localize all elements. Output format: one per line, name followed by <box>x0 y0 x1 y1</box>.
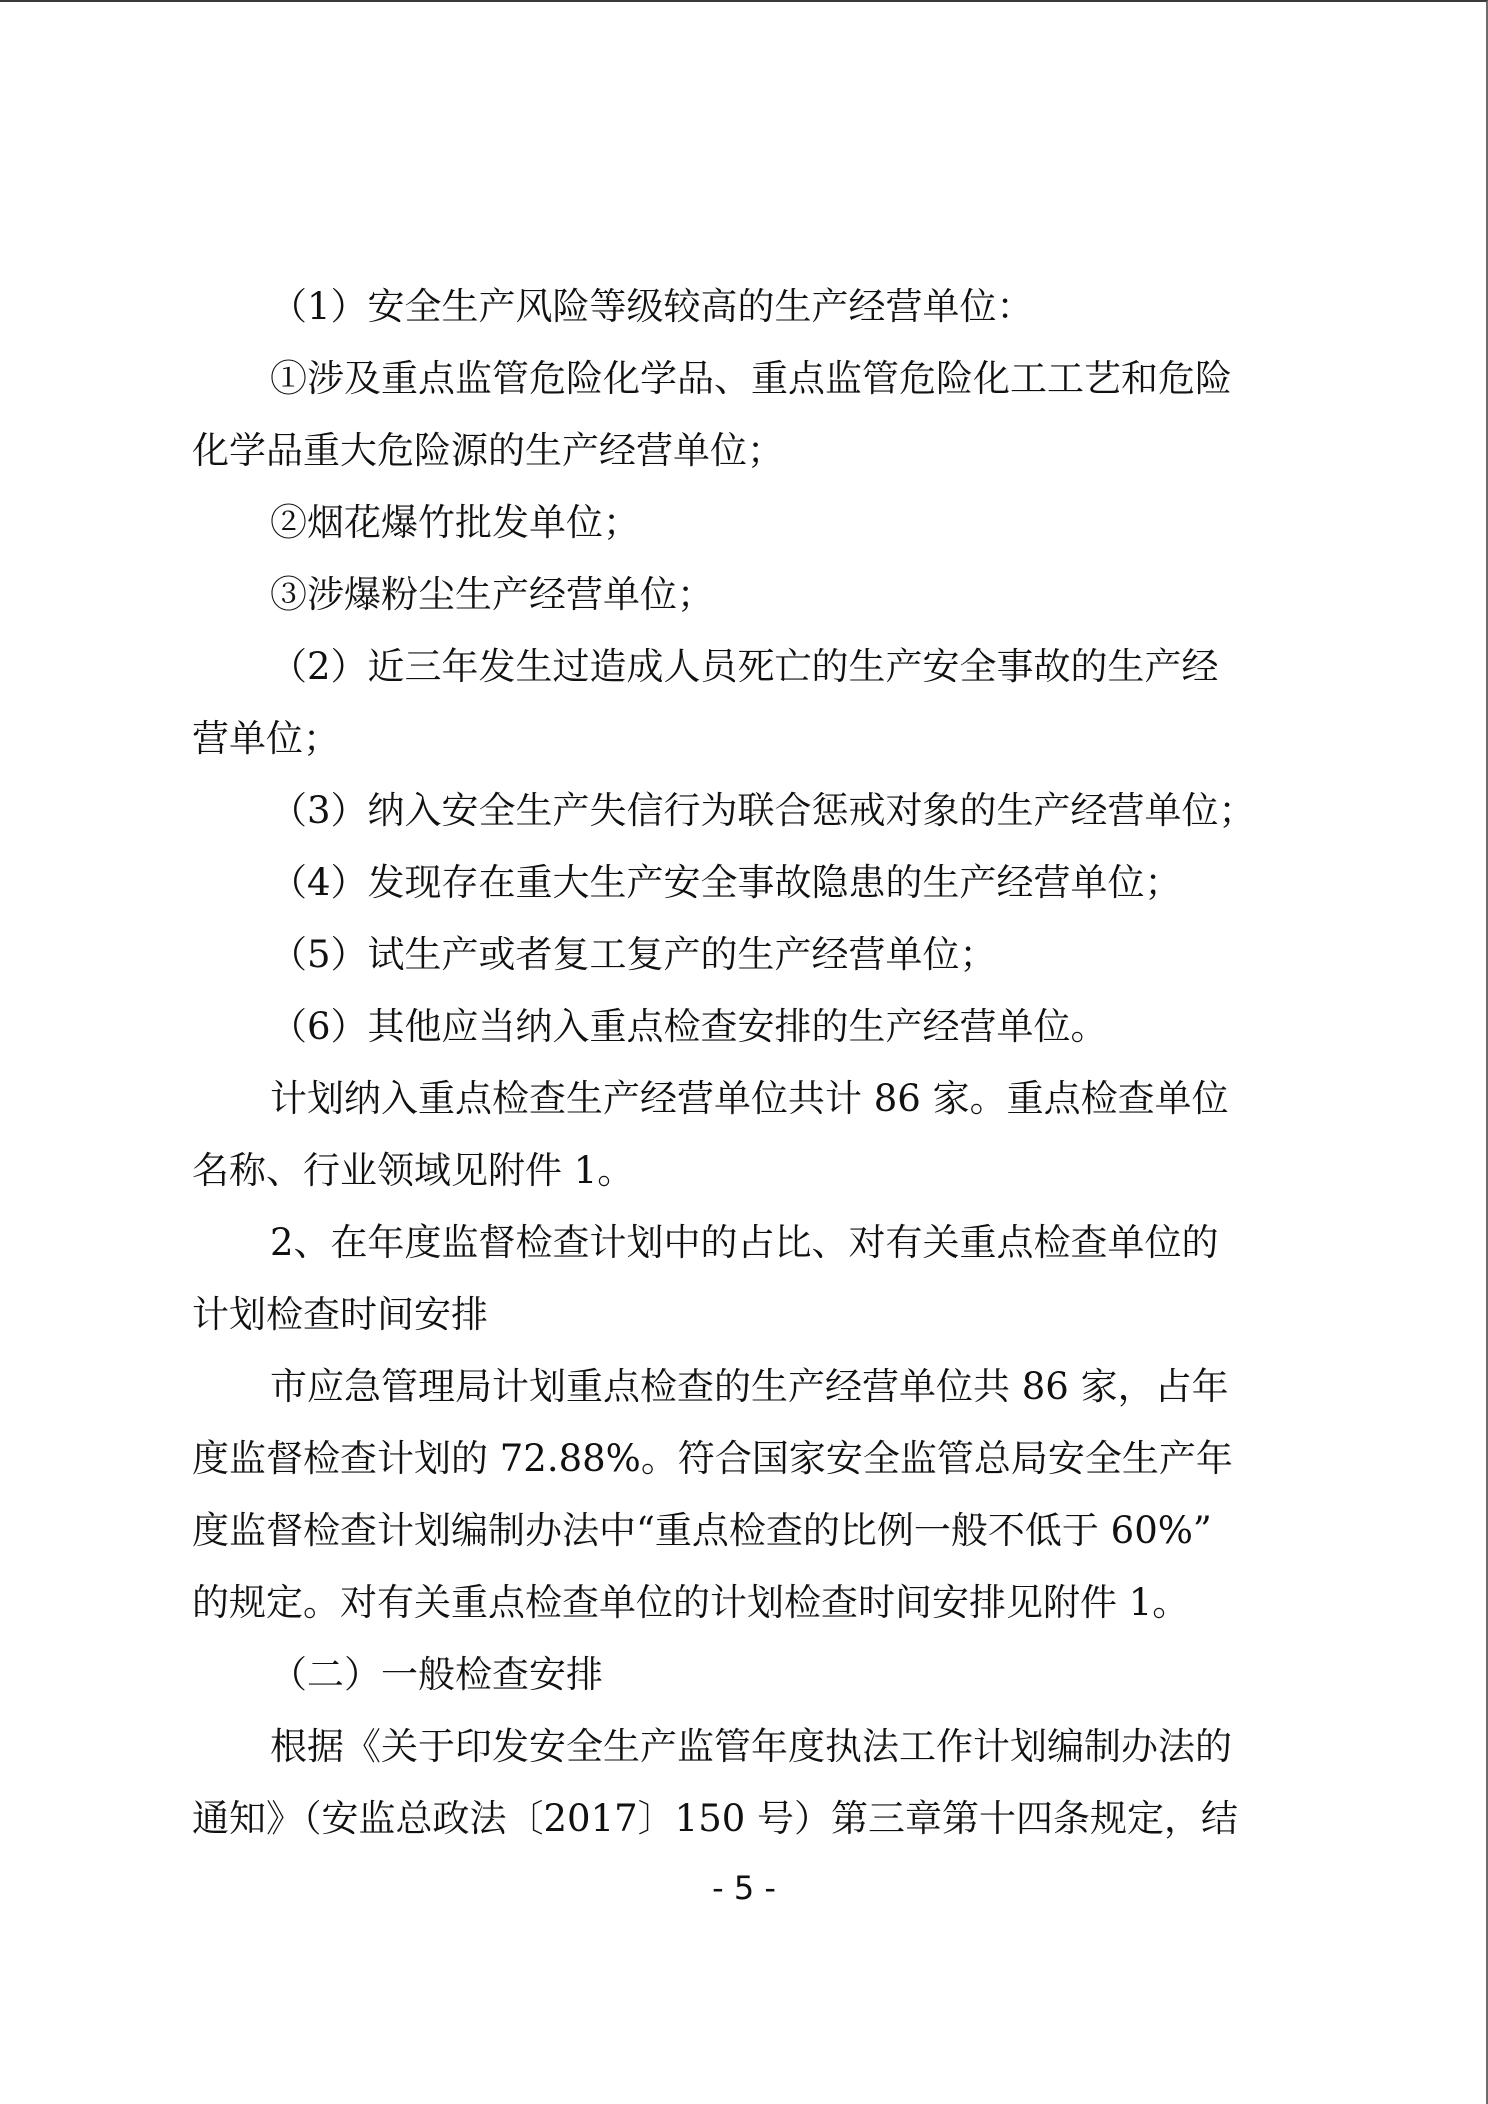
list-item-2-fatal-accidents: （2）近三年发生过造成人员死亡的生产安全事故的生产经 <box>270 643 1332 691</box>
paragraph-total-units-cont: 名称、行业领域见附件 1。 <box>192 1147 1332 1195</box>
paragraph-ratio-cont-3: 的规定。对有关重点检查单位的计划检查时间安排见附件 1。 <box>192 1579 1332 1627</box>
list-item-2-cont: 营单位； <box>192 715 1332 763</box>
paragraph-ratio: 市应急管理局计划重点检查的生产经营单位共 86 家，占年 <box>270 1363 1332 1411</box>
list-item-6-others: （6）其他应当纳入重点检查安排的生产经营单位。 <box>270 1003 1332 1051</box>
section-heading-2-ratio-cont: 计划检查时间安排 <box>192 1291 1332 1339</box>
paragraph-ratio-cont-1: 度监督检查计划的 72.88%。符合国家安全监管总局安全生产年 <box>192 1435 1332 1483</box>
list-item-3-dishonesty: （3）纳入安全生产失信行为联合惩戒对象的生产经营单位； <box>270 787 1332 835</box>
list-item-1-high-risk-units: （1）安全生产风险等级较高的生产经营单位： <box>270 283 1332 331</box>
sub-item-hazardous-chemicals: ①涉及重点监管危险化学品、重点监管危险化工工艺和危险 <box>270 355 1332 403</box>
section-heading-2-ratio: 2、在年度监督检查计划中的占比、对有关重点检查单位的 <box>270 1219 1332 1267</box>
document-page: （1）安全生产风险等级较高的生产经营单位： ①涉及重点监管危险化学品、重点监管危… <box>0 0 1488 2104</box>
paragraph-basis: 根据《关于印发安全生产监管年度执法工作计划编制办法的 <box>270 1723 1332 1771</box>
paragraph-total-units: 计划纳入重点检查生产经营单位共计 86 家。重点检查单位 <box>270 1075 1332 1123</box>
list-item-5-trial-production: （5）试生产或者复工复产的生产经营单位； <box>270 931 1332 979</box>
sub-item-hazardous-chemicals-cont: 化学品重大危险源的生产经营单位； <box>192 427 1332 475</box>
sub-item-fireworks-wholesale: ②烟花爆竹批发单位； <box>270 499 1332 547</box>
paragraph-ratio-cont-2: 度监督检查计划编制办法中“重点检查的比例一般不低于 60%” <box>192 1507 1332 1555</box>
page-number: - 5 - <box>0 1864 1488 1912</box>
paragraph-basis-cont: 通知》（安监总政法〔2017〕150 号）第三章第十四条规定，结 <box>192 1795 1332 1843</box>
sub-item-explosive-dust: ③涉爆粉尘生产经营单位； <box>270 571 1332 619</box>
section-heading-general-inspection: （二）一般检查安排 <box>270 1651 1332 1699</box>
list-item-4-major-hazards: （4）发现存在重大生产安全事故隐患的生产经营单位； <box>270 859 1332 907</box>
